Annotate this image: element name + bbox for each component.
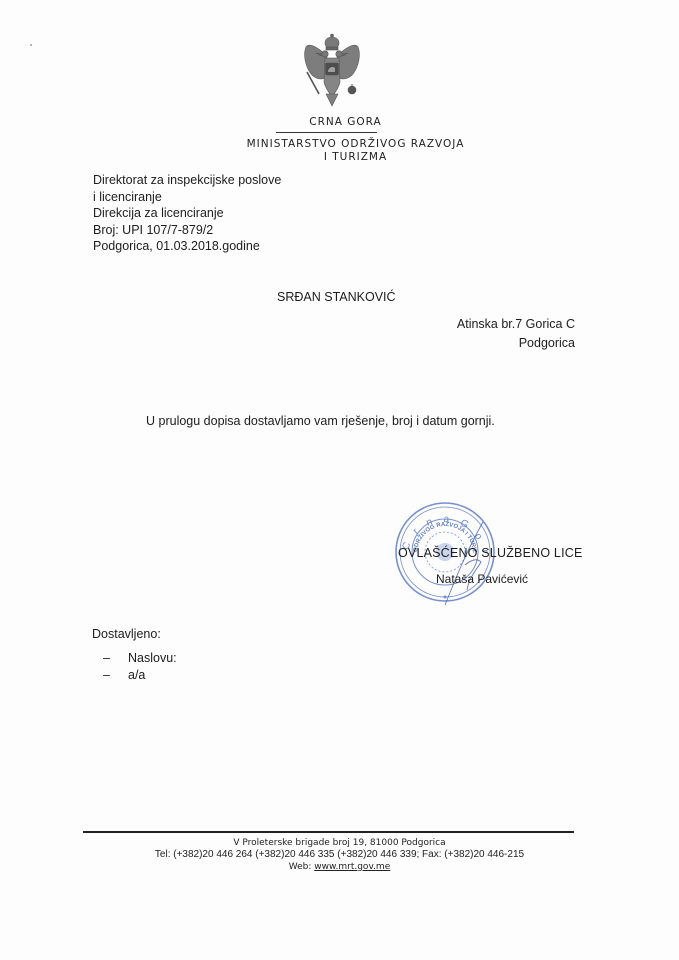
footer-phones: Tel: (+382)20 446 264 (+382)20 446 335 (… [0,849,679,861]
reference-number: Broj: UPI 107/7-879/2 [93,222,281,239]
list-item-text: Naslovu: [128,650,177,667]
sender-block: Direktorat za inspekcijske poslove i lic… [93,172,281,255]
dash-bullet: – [103,667,128,684]
document-page: CRNA GORA MINISTARSTVO ODRŽIVOG RAZVOJA … [0,0,679,960]
sender-directorate: Direktorat za inspekcijske poslove [93,172,281,189]
country-name: CRNA GORA [0,116,679,128]
website-link[interactable]: www.mrt.gov.me [314,862,390,872]
dash-bullet: – [103,650,128,667]
letter-body: U prulogu dopisa dostavljamo vam rješenj… [146,414,495,428]
footer-divider [83,831,574,833]
footer: V Proleterske brigade broj 19, 81000 Pod… [0,837,679,873]
header-divider [276,132,377,133]
footer-address: V Proleterske brigade broj 19, 81000 Pod… [0,837,679,849]
sender-directorate-cont: i licenciranje [93,189,281,206]
recipient-address: Atinska br.7 Gorica C Podgorica [457,315,575,353]
list-item: – Naslovu: [103,650,177,667]
recipient-city: Podgorica [457,334,575,353]
ministry-name-line1: MINISTARSTVO ODRŽIVOG RAZVOJA [16,138,679,151]
place-and-date: Podgorica, 01.03.2018.godine [93,238,281,255]
signatory-name: Nataša Pavićević [436,572,528,586]
scan-speck [30,44,32,46]
ministry-name: MINISTARSTVO ODRŽIVOG RAZVOJA I TURIZMA [0,138,679,164]
delivered-list: – Naslovu: – a/a [103,650,177,684]
footer-web-label: Web: [289,862,315,872]
recipient-street: Atinska br.7 Gorica C [457,315,575,334]
ministry-name-line2: I TURIZMA [16,151,679,164]
recipient-name: SRĐAN STANKOVIĆ [277,290,396,304]
list-item: – a/a [103,667,177,684]
footer-web: Web: www.mrt.gov.me [0,861,679,873]
list-item-text: a/a [128,667,145,684]
sender-department: Direkcija za licenciranje [93,205,281,222]
montenegro-coat-of-arms-icon [297,32,367,114]
delivered-label: Dostavljeno: [92,627,161,641]
handwritten-signature [425,520,505,610]
signatory-title: OVLAŠĆENO SLUŽBENO LICE [398,546,583,560]
